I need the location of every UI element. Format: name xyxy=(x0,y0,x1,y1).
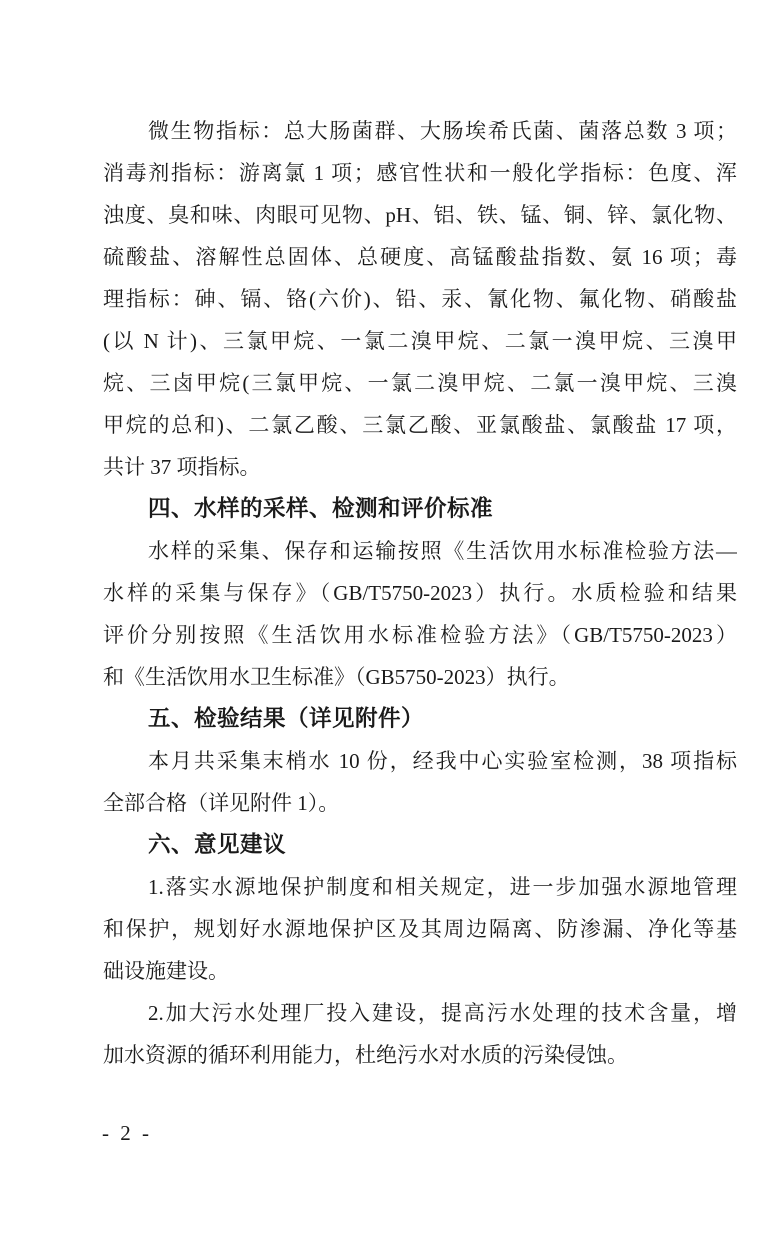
page-number: - 2 - xyxy=(102,1112,152,1154)
body-line: 硫酸盐、溶解性总固体、总硬度、高锰酸盐指数、氨 16 项；毒 xyxy=(103,236,737,278)
section-6-heading: 六、意见建议 xyxy=(103,824,737,866)
body-line: 理指标：砷、镉、铬(六价)、铅、汞、氰化物、氟化物、硝酸盐 xyxy=(103,278,737,320)
body-line: (以 N 计)、三氯甲烷、一氯二溴甲烷、二氯一溴甲烷、三溴甲 xyxy=(103,320,737,362)
body-line: 评价分别按照《生活饮用水标准检验方法》（GB/T5750-2023） xyxy=(103,614,737,656)
body-line: 甲烷的总和)、二氯乙酸、三氯乙酸、亚氯酸盐、氯酸盐 17 项， xyxy=(103,404,737,446)
section-4-heading: 四、水样的采样、检测和评价标准 xyxy=(103,488,737,530)
document-body: 微生物指标：总大肠菌群、大肠埃希氏菌、菌落总数 3 项； 消毒剂指标：游离氯 1… xyxy=(103,110,737,1076)
document-page: 微生物指标：总大肠菌群、大肠埃希氏菌、菌落总数 3 项； 消毒剂指标：游离氯 1… xyxy=(0,0,780,1235)
body-line: 和保护，规划好水源地保护区及其周边隔离、防渗漏、净化等基 xyxy=(103,908,737,950)
body-line: 消毒剂指标：游离氯 1 项；感官性状和一般化学指标：色度、浑 xyxy=(103,152,737,194)
body-line: 水样的采集、保存和运输按照《生活饮用水标准检验方法— xyxy=(103,530,737,572)
body-line: 水样的采集与保存》（GB/T5750-2023）执行。水质检验和结果 xyxy=(103,572,737,614)
body-line: 和《生活饮用水卫生标准》（GB5750-2023）执行。 xyxy=(103,656,737,698)
body-line: 加水资源的循环利用能力，杜绝污水对水质的污染侵蚀。 xyxy=(103,1034,737,1076)
section-5-heading: 五、检验结果（详见附件） xyxy=(103,698,737,740)
body-line: 本月共采集末梢水 10 份，经我中心实验室检测，38 项指标 xyxy=(103,740,737,782)
body-line: 微生物指标：总大肠菌群、大肠埃希氏菌、菌落总数 3 项； xyxy=(103,110,737,152)
body-line: 础设施建设。 xyxy=(103,950,737,992)
body-line: 烷、三卤甲烷(三氯甲烷、一氯二溴甲烷、二氯一溴甲烷、三溴 xyxy=(103,362,737,404)
body-line: 1.落实水源地保护制度和相关规定，进一步加强水源地管理 xyxy=(103,866,737,908)
body-line: 2.加大污水处理厂投入建设，提高污水处理的技术含量，增 xyxy=(103,992,737,1034)
body-line: 浊度、臭和味、肉眼可见物、pH、铝、铁、锰、铜、锌、氯化物、 xyxy=(103,194,737,236)
body-line: 共计 37 项指标。 xyxy=(103,446,737,488)
body-line: 全部合格（详见附件 1）。 xyxy=(103,782,737,824)
